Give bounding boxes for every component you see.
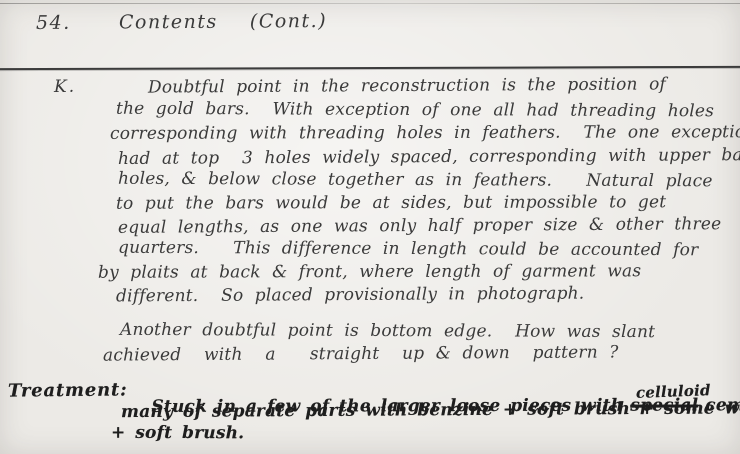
handwritten-line: different. So placed provisionally in ph… [116,285,584,307]
handwritten-line: quarters. This difference in length coul… [118,239,698,260]
page-header: 54. Contents (Cont.) [36,11,327,34]
handwritten-line: had at top 3 holes widely spaced, corres… [118,146,740,169]
handwritten-line: Another doubtful point is bottom edge. H… [120,321,655,342]
treatment-line-2: many of separate parts with benzine + so… [121,399,740,422]
section-label-k: K. [54,78,76,97]
handwritten-line: corresponding with threading holes in fe… [110,123,740,143]
handwritten-line: the gold bars. With exception of one all… [116,100,714,121]
handwritten-line: equal lengths, as one was only half prop… [118,215,721,237]
handwritten-line: Doubtful point in the reconstruction is … [148,75,666,97]
treatment-line-3: + soft brush. [111,424,244,443]
handwritten-line: achieved with a straight up & down patte… [103,343,619,365]
scanned-notebook-page: 54. Contents (Cont.) K. Doubtful point i… [0,0,740,454]
handwritten-line: to put the bars would be at sides, but i… [116,193,666,213]
scan-top-edge-line [0,3,740,4]
treatment-label: Treatment: [8,380,128,401]
handwritten-line: holes, & below close together as in feat… [118,170,713,191]
handwritten-line: by plaits at back & front, where length … [98,262,641,282]
header-rule [0,66,740,70]
